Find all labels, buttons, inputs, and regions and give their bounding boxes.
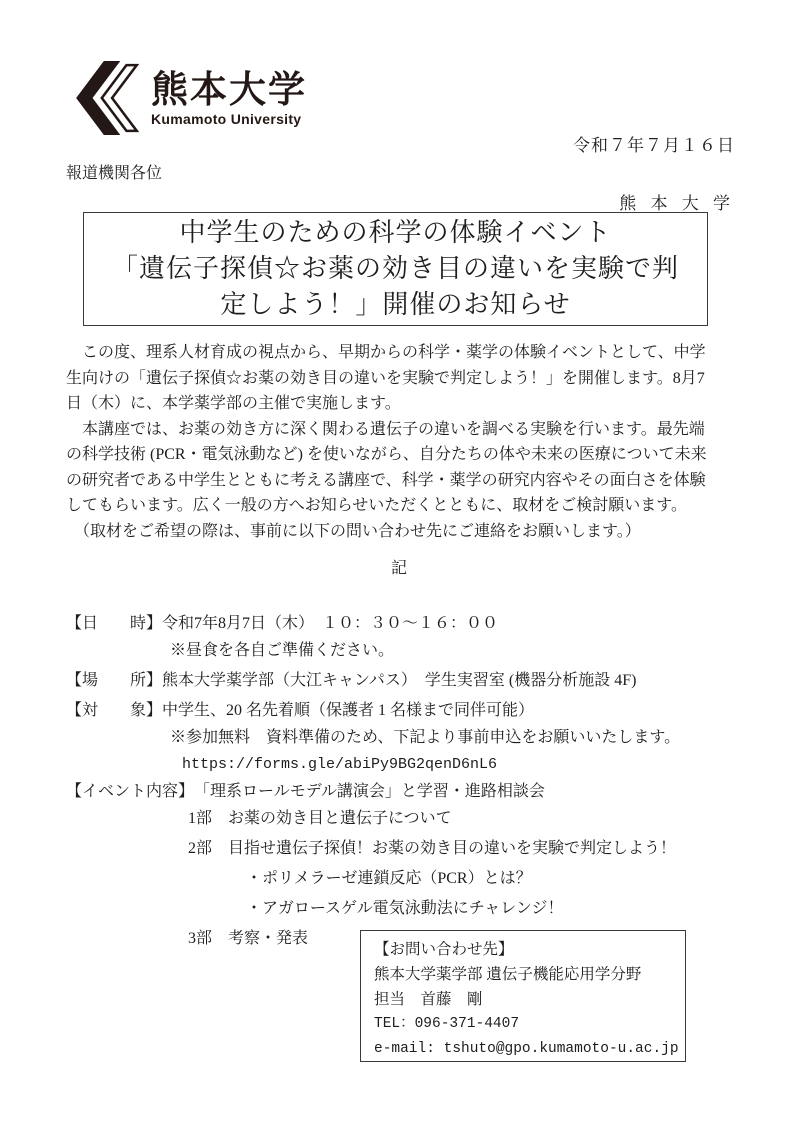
notice-datetime-row: 【日 時】令和7年8月7日（木） １０：３０～１６：００ xyxy=(66,610,734,637)
paragraph-2: 本講座では、お薬の効き方に深く関わる遺伝子の違いを調べる実験を行います。最先端 … xyxy=(66,417,734,545)
target-label: 【対 象】 xyxy=(66,697,162,724)
notice-target-row: 【対 象】中学生、20 名先着順（保護者 1 名様まで同伴可能） xyxy=(66,697,734,724)
title-line-1: 中学生のための科学の体験イベント xyxy=(84,215,707,251)
notice-contents-row: 【イベント内容】「理系ロールモデル講演会」と学習・進路相談会 xyxy=(66,778,734,805)
logo-romaji: Kumamoto University xyxy=(151,111,307,127)
sender-line: 熊 本 大 学 xyxy=(619,189,735,214)
paragraph-2-line: の科学技術 (PCR・電気泳動など) を使いながら、自分たちの体や未来の医療につ… xyxy=(66,442,734,468)
notice-place-row: 【場 所】熊本大学薬学部（大江キャンパス） 学生実習室 (機器分析施設 4F) xyxy=(66,667,734,694)
program-part-2-bullet-1: ・ポリメラーゼ連鎖反応（PCR）とは？ xyxy=(66,865,734,892)
contents-label: 【イベント内容】 xyxy=(66,778,194,805)
paragraph-2-line: の研究者である中学生とともに考える講座で、科学・薬学の研究内容やその面白さを体験 xyxy=(66,468,734,494)
title-line-3: 定しよう！」開催のお知らせ xyxy=(84,287,707,323)
paragraph-2-line: 本講座では、お薬の効き方に深く関わる遺伝子の違いを調べる実験を行います。最先端 xyxy=(66,417,734,443)
paragraph-1: この度、理系人材育成の視点から、早期からの科学・薬学の体験イベントとして、中学 … xyxy=(66,340,734,417)
program-part-2: 2部 目指せ遺伝子探偵！お薬の効き目の違いを実験で判定しよう！ xyxy=(66,835,734,862)
contact-heading: 【お問い合わせ先】 xyxy=(374,937,685,962)
paragraph-2-line: してもらいます。広く一般の方へお知らせいただくとともに、取材をご検討願います。 xyxy=(66,493,734,519)
target-value: 中学生、20 名先着順（保護者 1 名様まで同伴可能） xyxy=(162,697,534,724)
paragraph-1-line: 日（木）に、本学薬学部の主催で実施します。 xyxy=(66,391,734,417)
press-release-page: 熊本大学 Kumamoto University 令和７年７月１６日 報道機関各… xyxy=(0,0,794,1123)
contact-tel: TEL：096-371-4407 xyxy=(374,1012,685,1037)
recipient-line: 報道機関各位 xyxy=(66,160,162,183)
datetime-note: ※昼食を各自ご準備ください。 xyxy=(66,637,734,664)
datetime-value: 令和7年8月7日（木） １０：３０～１６：００ xyxy=(162,610,498,637)
document-date: 令和７年７月１６日 xyxy=(573,131,735,156)
contact-email: e-mail: tshuto@gpo.kumamoto-u.ac.jp xyxy=(374,1037,685,1062)
logo-kanji: 熊本大学 xyxy=(151,71,307,108)
place-value: 熊本大学薬学部（大江キャンパス） 学生実習室 (機器分析施設 4F) xyxy=(162,667,636,694)
datetime-label: 【日 時】 xyxy=(66,610,162,637)
paragraph-1-line: この度、理系人材育成の視点から、早期からの科学・薬学の体験イベントとして、中学 xyxy=(66,340,734,366)
title-line-2: 「遺伝子探偵☆お薬の効き目の違いを実験で判 xyxy=(84,251,707,287)
program-part-2-bullet-2: ・アガロースゲル電気泳動法にチャレンジ！ xyxy=(66,895,734,922)
contact-org: 熊本大学薬学部 遺伝子機能応用学分野 xyxy=(374,962,685,987)
kumamoto-university-logo: 熊本大学 Kumamoto University xyxy=(73,60,307,141)
paragraph-1-line: 生向けの「遺伝子探偵☆お薬の効き目の違いを実験で判定しよう！」を開催します。8月… xyxy=(66,366,734,392)
contact-box: 【お問い合わせ先】 熊本大学薬学部 遺伝子機能応用学分野 担当 首藤 剛 TEL… xyxy=(360,930,686,1062)
logo-text-block: 熊本大学 Kumamoto University xyxy=(151,60,307,127)
program-part-1: 1部 お薬の効き目と遺伝子について xyxy=(66,805,734,832)
title-box: 中学生のための科学の体験イベント 「遺伝子探偵☆お薬の効き目の違いを実験で判 定… xyxy=(83,212,708,326)
registration-url: https://forms.gle/abiPy9BG2qenD6nL6 xyxy=(66,751,734,778)
target-note: ※参加無料 資料準備のため、下記より事前申込をお願いいたします。 xyxy=(66,724,734,751)
document-body: この度、理系人材育成の視点から、早期からの科学・薬学の体験イベントとして、中学 … xyxy=(66,340,734,952)
chevron-logo-icon xyxy=(73,60,145,141)
place-label: 【場 所】 xyxy=(66,667,162,694)
paragraph-2-line: （取材をご希望の際は、事前に以下の問い合わせ先にご連絡をお願いします。） xyxy=(66,519,734,545)
contact-person: 担当 首藤 剛 xyxy=(374,987,685,1012)
ki-marker: 記 xyxy=(66,556,734,582)
contents-value: 「理系ロールモデル講演会」と学習・進路相談会 xyxy=(194,778,545,805)
